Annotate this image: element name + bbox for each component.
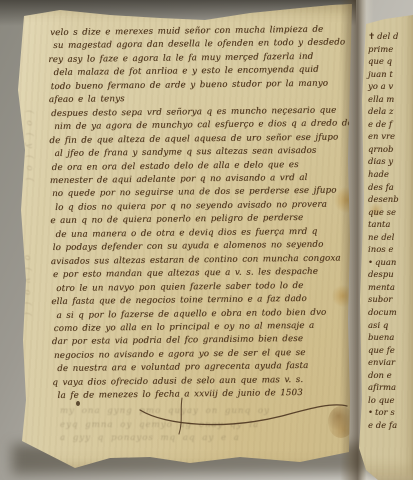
facing-page-line: que se [368,206,413,219]
facing-page-line: ella m [368,93,413,106]
facing-page-line: docum [368,306,413,319]
manuscript-photo: my ona gyng pmo quyay on gunq oyeyq gmna… [0,0,413,480]
facing-page-line: buena [368,331,413,344]
facing-page-line: que q [368,55,413,68]
margin-bleed-mark: ( o ( y ( o ( [24,110,34,183]
bullet-icon: • [368,257,373,267]
manuscript-text-block: velo s dize e merexes muid señor con muc… [50,23,357,403]
facing-page-line: que fe [368,344,413,357]
facing-page-line: ✝del d [368,30,413,43]
facing-page-line: •quan [368,256,413,269]
facing-page-line: •tor s [368,406,413,419]
facing-page-line: subor [368,293,413,306]
facing-page-line: juan t [368,68,413,81]
facing-page-line: yo a v [368,80,413,93]
facing-page-text-block: ✝del dprimeque qjuan tyo a vella mdela z… [368,30,413,432]
bullet-icon: • [368,407,373,417]
facing-page-line: en vre [368,130,413,143]
rubric-flourish-icon [136,392,351,438]
facing-page-line: tanta [368,218,413,231]
facing-page-line: dias y [368,155,413,168]
facing-page-line: qrnob [368,143,413,156]
facing-page-line: e de fa [368,419,413,432]
facing-page-line: ne del [368,231,413,244]
facing-page-line: prime [368,43,413,56]
facing-page-line: des fa [368,181,413,194]
facing-page-line: don e [368,369,413,382]
facing-page-line: afirma [368,381,413,394]
facing-page-line: enviar [368,356,413,369]
cross-icon: ✝ [368,31,375,41]
facing-page-line: lo que [368,394,413,407]
facing-page-line: inos e [368,243,413,256]
facing-page-line: desenb [368,193,413,206]
facing-page-line: menta [368,281,413,294]
facing-page-line: e de f [368,118,413,131]
facing-page-line: despu [368,268,413,281]
facing-page-line: dela z [368,105,413,118]
facing-page-line: hade [368,168,413,181]
facing-page-line: asi q [368,319,413,332]
